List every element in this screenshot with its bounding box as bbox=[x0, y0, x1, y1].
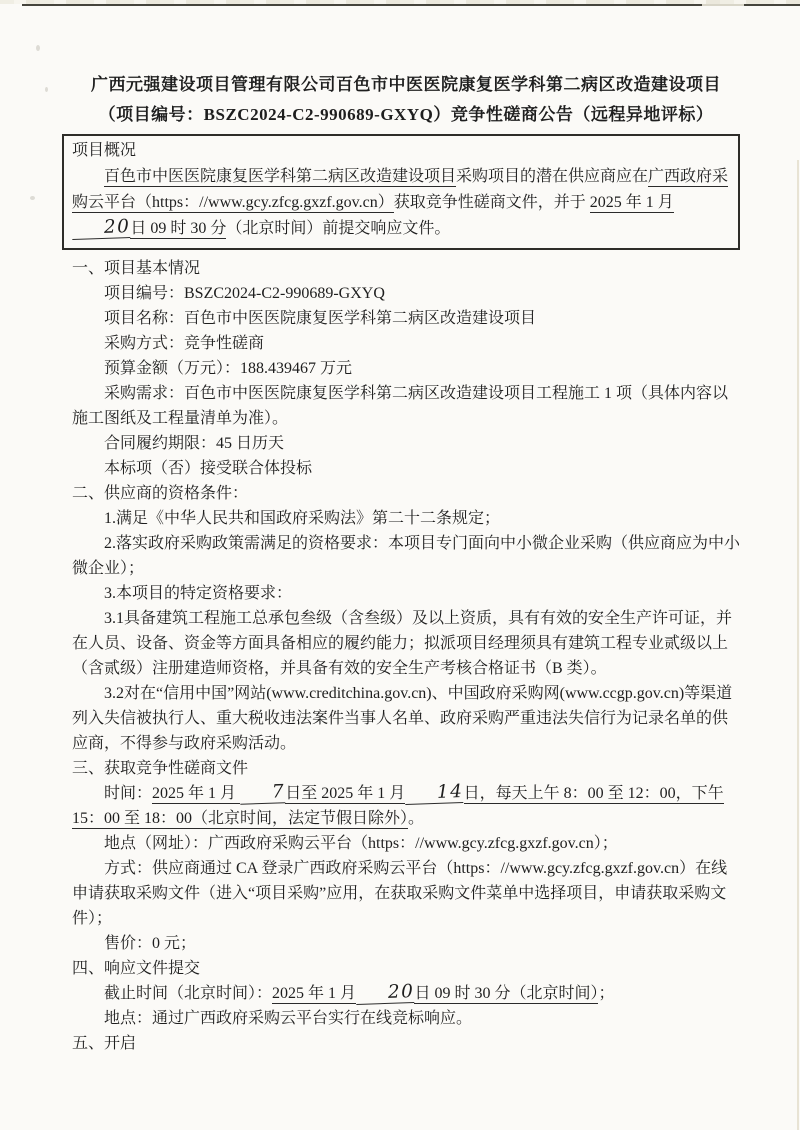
paragraph: 截止时间（北京时间）：2025 年 1 月20日 09 时 30 分（北京时间）… bbox=[72, 981, 740, 1006]
section-heading-1: 一、项目基本情况 bbox=[72, 256, 740, 281]
text-run: 采购项目的潜在供应商应在 bbox=[456, 168, 648, 185]
paragraph: 3.2对在“信用中国”网站(www.creditchina.gov.cn)、中国… bbox=[72, 681, 740, 756]
paragraph: 地点：通过广西政府采购云平台实行在线竞标响应。 bbox=[72, 1006, 740, 1031]
text-run: 采购方式：竞争性磋商 bbox=[104, 335, 264, 352]
handwritten-text: 20 bbox=[356, 983, 415, 1005]
paragraph: 项目编号：BSZC2024-C2-990689-GXYQ bbox=[72, 281, 740, 306]
paragraph: 2.落实政府采购政策需满足的资格要求：本项目专门面向中小微企业采购（供应商应为中… bbox=[72, 531, 740, 581]
text-run: 方式：供应商通过 CA 登录广西政府采购云平台（https：//www.gcy.… bbox=[72, 860, 727, 927]
paragraph: 合同履约期限：45 日历天 bbox=[72, 431, 740, 456]
scan-speck bbox=[45, 87, 48, 92]
text-run: 3.本项目的特定资格要求： bbox=[104, 585, 292, 602]
underlined-text: 2025 年 1 月 bbox=[152, 785, 240, 804]
section-heading-5: 五、开启 bbox=[72, 1031, 740, 1056]
document-title-line1: 广西元强建设项目管理有限公司百色市中医医院康复医学科第二病区改造建设项目 bbox=[72, 70, 740, 100]
paragraph: 时间：2025 年 1 月 7日至 2025 年 1 月14日，每天上午 8：0… bbox=[72, 781, 740, 831]
text-run: 地点：通过广西政府采购云平台实行在线竞标响应。 bbox=[104, 1010, 472, 1027]
scan-speck bbox=[30, 196, 35, 200]
paragraph: 预算金额（万元）：188.439467 万元 bbox=[72, 356, 740, 381]
text-run: 时间： bbox=[104, 785, 152, 802]
text-run: 3.2对在“信用中国”网站(www.creditchina.gov.cn)、中国… bbox=[72, 685, 732, 752]
underlined-text: 日 09 时 30 分 bbox=[130, 220, 226, 239]
text-run: 项目编号：BSZC2024-C2-990689-GXYQ bbox=[104, 285, 385, 302]
handwritten-text: 20 bbox=[72, 218, 131, 240]
text-run: 2.落实政府采购政策需满足的资格要求：本项目专门面向中小微企业采购（供应商应为中… bbox=[72, 535, 740, 577]
text-run: 获取竞争性磋商文件，并于 bbox=[394, 194, 590, 211]
document-sections: 一、项目基本情况项目编号：BSZC2024-C2-990689-GXYQ项目名称… bbox=[72, 256, 740, 1056]
overview-box-body: 百色市中医医院康复医学科第二病区改造建设项目采购项目的潜在供应商应在广西政府采购… bbox=[72, 164, 730, 242]
text-run: ； bbox=[598, 985, 614, 1002]
section-heading-3: 三、获取竞争性磋商文件 bbox=[72, 756, 740, 781]
paragraph: 3.本项目的特定资格要求： bbox=[72, 581, 740, 606]
section-heading-4: 四、响应文件提交 bbox=[72, 956, 740, 981]
scan-speck bbox=[36, 45, 40, 51]
text-run: 采购需求：百色市中医医院康复医学科第二病区改造建设项目工程施工 1 项（具体内容… bbox=[72, 385, 728, 427]
project-overview-box: 项目概况 百色市中医医院康复医学科第二病区改造建设项目采购项目的潜在供应商应在广… bbox=[62, 134, 740, 250]
paragraph: 3.1具备建筑工程施工总承包叁级（含叁级）及以上资质，具有有效的安全生产许可证，… bbox=[72, 606, 740, 681]
underlined-text: 2025 年 1 月 bbox=[272, 985, 356, 1004]
paragraph: 1.满足《中华人民共和国政府采购法》第二十二条规定； bbox=[72, 506, 740, 531]
text-run: （北京时间）前提交响应文件。 bbox=[226, 220, 450, 237]
text-run: 项目名称：百色市中医医院康复医学科第二病区改造建设项目 bbox=[104, 310, 536, 327]
paragraph: 采购需求：百色市中医医院康复医学科第二病区改造建设项目工程施工 1 项（具体内容… bbox=[72, 381, 740, 431]
document-title-line2: （项目编号：BSZC2024-C2-990689-GXYQ）竞争性磋商公告（远程… bbox=[72, 100, 740, 130]
document-content: 广西元强建设项目管理有限公司百色市中医医院康复医学科第二病区改造建设项目 （项目… bbox=[72, 70, 740, 1056]
text-run: 预算金额（万元）：188.439467 万元 bbox=[104, 360, 352, 377]
underlined-text: 日 09 时 30 分（北京时间） bbox=[414, 985, 598, 1004]
scan-edge-gap bbox=[702, 4, 744, 6]
overview-box-heading: 项目概况 bbox=[72, 138, 730, 164]
paragraph: 本标项（否）接受联合体投标 bbox=[72, 456, 740, 481]
text-run: 合同履约期限：45 日历天 bbox=[104, 435, 284, 452]
paragraph: 方式：供应商通过 CA 登录广西政府采购云平台（https：//www.gcy.… bbox=[72, 856, 740, 931]
paragraph: 地点（网址）：广西政府采购云平台（https：//www.gcy.zfcg.gx… bbox=[72, 831, 740, 856]
scan-edge-line bbox=[22, 4, 800, 6]
text-run: 本标项（否）接受联合体投标 bbox=[104, 460, 312, 477]
handwritten-text: 14 bbox=[405, 783, 464, 805]
underlined-text: 百色市中医医院康复医学科第二病区改造建设项目 bbox=[104, 168, 456, 187]
paragraph: 售价：0 元； bbox=[72, 931, 740, 956]
text-run: 1.满足《中华人民共和国政府采购法》第二十二条规定； bbox=[104, 510, 500, 527]
scanned-document-page: 广西元强建设项目管理有限公司百色市中医医院康复医学科第二病区改造建设项目 （项目… bbox=[0, 0, 800, 1130]
handwritten-text: 7 bbox=[240, 783, 286, 805]
text-run: 3.1具备建筑工程施工总承包叁级（含叁级）及以上资质，具有有效的安全生产许可证，… bbox=[72, 610, 732, 677]
text-run: 。 bbox=[408, 810, 424, 827]
underlined-text: 日至 2025 年 1 月 bbox=[285, 785, 405, 804]
section-heading-2: 二、供应商的资格条件： bbox=[72, 481, 740, 506]
text-run: 截止时间（北京时间）： bbox=[104, 985, 272, 1002]
paragraph: 采购方式：竞争性磋商 bbox=[72, 331, 740, 356]
text-run: 售价：0 元； bbox=[104, 935, 196, 952]
text-run: 地点（网址）：广西政府采购云平台（https：//www.gcy.zfcg.gx… bbox=[104, 835, 618, 852]
paragraph: 项目名称：百色市中医医院康复医学科第二病区改造建设项目 bbox=[72, 306, 740, 331]
scan-right-edge bbox=[797, 160, 799, 1130]
underlined-text: 2025 年 1 月 bbox=[590, 194, 674, 213]
